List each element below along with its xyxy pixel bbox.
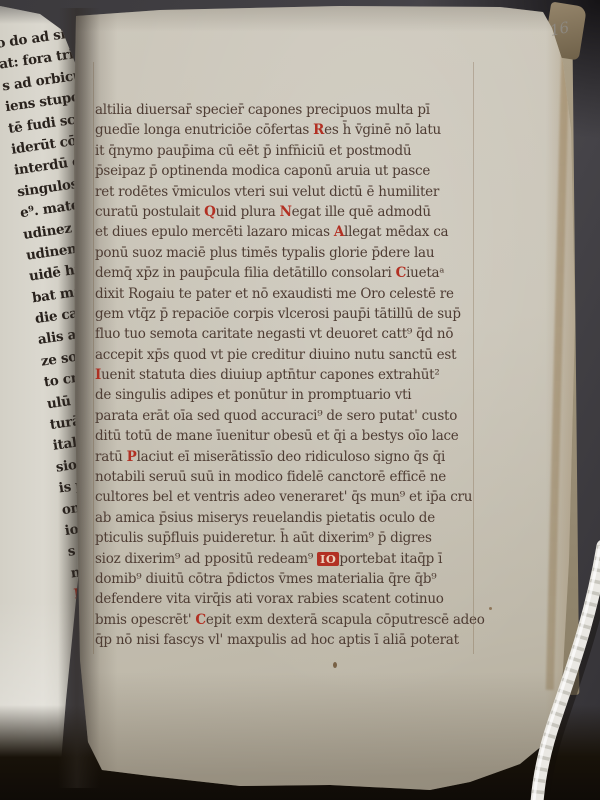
- body-text: llegat mēdax ca: [344, 224, 448, 240]
- body-text: domib⁹ diuitū cōtra p̄dictos v̄mes mater…: [95, 571, 436, 587]
- manuscript-line: ponū suoz maciē plus timēs typalis glori…: [95, 243, 491, 263]
- manuscript-line: fluo tuo semota caritate negasti vt deuo…: [95, 324, 491, 344]
- manuscript-line: domib⁹ diuitū cōtra p̄dictos v̄mes mater…: [95, 569, 491, 589]
- manuscript-line: defendere vita virq̄is ati vorax rabies …: [95, 589, 491, 609]
- body-text: de singulis adipes et ponūtur in promptu…: [95, 387, 411, 403]
- body-text: curatū postulait: [95, 204, 204, 220]
- body-text: cultores bel et ventris adeo veneraret' …: [95, 489, 472, 505]
- body-text: fluo tuo semota caritate negasti vt deuo…: [95, 326, 453, 342]
- manuscript-line: notabili seruū suū in modico fidelē canc…: [95, 467, 491, 487]
- body-text: es h̄ v̄ginē nō latu: [324, 122, 441, 138]
- rubric-text: R: [313, 122, 324, 138]
- manuscript-line: accepit xp̄s quod vt pie creditur diuino…: [95, 345, 491, 365]
- body-text: dixit Rogaiu te pater et nō exaudisti me…: [95, 286, 454, 302]
- body-text: ditū totū de mane īuenitur obesū et q̄i …: [95, 428, 459, 444]
- body-text: gem vtq̄z p̄ repaciōe corpis vlcerosi pa…: [95, 306, 461, 322]
- manuscript-line: ratū Placiut eī miserātissīo deo ridicul…: [95, 447, 491, 467]
- rubric-text: C: [396, 265, 407, 281]
- manuscript-line: dixit Rogaiu te pater et nō exaudisti me…: [95, 284, 491, 304]
- body-text: guedīe longa enutriciōe cōfertas: [95, 122, 313, 138]
- manuscript-line: altilia diuersar̄ specier̄ capones preci…: [95, 100, 491, 120]
- body-text: altilia diuersar̄ specier̄ capones preci…: [95, 102, 430, 118]
- manuscript-line: guedīe longa enutriciōe cōfertas Res h̄ …: [95, 120, 491, 140]
- rubric-text: IO: [317, 552, 339, 566]
- deckle-edge: [546, 18, 570, 690]
- rubric-text: N: [280, 204, 292, 220]
- main-page: altilia diuersar̄ specier̄ capones preci…: [60, 0, 582, 800]
- body-text: defendere vita virq̄is ati vorax rabies …: [95, 591, 444, 607]
- body-text: demq̄ xp̄z in paup̄cula filia detātillo …: [95, 265, 396, 281]
- rubric-text: C: [195, 612, 206, 628]
- stain-speck: [489, 607, 492, 610]
- stain-speck: [333, 662, 337, 668]
- manuscript-line: pticulis sup̄fluis puideretur. h̄ aūt di…: [95, 528, 491, 548]
- manuscript-line: Iuenit statuta dies diuiup aptn̄tur capo…: [95, 365, 491, 385]
- body-text: parata erāt oīa sed quod accuraci⁹ de se…: [95, 408, 457, 424]
- gutter-shadow: [58, 8, 100, 788]
- manuscript-line: de singulis adipes et ponūtur in promptu…: [95, 385, 491, 405]
- body-text: q̄p nō nisi fascys vl' maxpulis ad hoc a…: [95, 632, 459, 648]
- body-text: ret rodētes v̄miculos vteri sui velut di…: [95, 184, 439, 200]
- body-text: it q̄nymo paup̄ima cū eēt p̄ infn̄iciū e…: [95, 143, 411, 159]
- manuscript-line: et diues epulo mercēti lazaro micas Alle…: [95, 222, 491, 242]
- body-text: ponū suoz maciē plus timēs typalis glori…: [95, 245, 434, 261]
- manuscript-line: ditū totū de mane īuenitur obesū et q̄i …: [95, 426, 491, 446]
- body-text: uid plura: [216, 204, 280, 220]
- manuscript-line: p̄seipaz p̄ optinenda modica caponū arui…: [95, 161, 491, 181]
- manuscript-line: demq̄ xp̄z in paup̄cula filia detātillo …: [95, 263, 491, 283]
- manuscript-line: gem vtq̄z p̄ repaciōe corpis vlcerosi pa…: [95, 304, 491, 324]
- body-text: ab amica p̄sius miserys reuelandis pieta…: [95, 510, 435, 526]
- body-text: bmis opescrēt': [95, 612, 195, 628]
- rubric-text: A: [334, 224, 344, 240]
- body-text: portebat itaq̄p ī: [339, 551, 442, 567]
- body-text: uenit statuta dies diuiup aptn̄tur capon…: [101, 367, 439, 383]
- rubric-text: Q: [204, 204, 216, 220]
- manuscript-line: bmis opescrēt' Cepit exm dexterā scapula…: [95, 610, 491, 630]
- manuscript-line: curatū postulait Quid plura Negat ille q…: [95, 202, 491, 222]
- manuscript-line: it q̄nymo paup̄ima cū eēt p̄ infn̄iciū e…: [95, 141, 491, 161]
- manuscript-line: cultores bel et ventris adeo veneraret' …: [95, 487, 491, 507]
- body-text: notabili seruū suū in modico fidelē canc…: [95, 469, 446, 485]
- rubric-text: P: [127, 449, 137, 465]
- manuscript-line: ret rodētes v̄miculos vteri sui velut di…: [95, 182, 491, 202]
- manuscript-line: ab amica p̄sius miserys reuelandis pieta…: [95, 508, 491, 528]
- manuscript-line: q̄p nō nisi fascys vl' maxpulis ad hoc a…: [95, 630, 491, 650]
- main-page-text-block: altilia diuersar̄ specier̄ capones preci…: [95, 100, 491, 651]
- body-text: et diues epulo mercēti lazaro micas: [95, 224, 334, 240]
- manuscript-photo: o do ad sinistrat: fora triū hacs ad orb…: [0, 0, 600, 800]
- manuscript-line: parata erāt oīa sed quod accuraci⁹ de se…: [95, 406, 491, 426]
- manuscript-line: sioz dixerim⁹ ad ppositū redeam⁹ IOporte…: [95, 549, 491, 569]
- body-text: egat ille quē admodū: [292, 204, 431, 220]
- body-text: laciut eī miserātissīo deo ridiculoso si…: [137, 449, 446, 465]
- body-text: accepit xp̄s quod vt pie creditur diuino…: [95, 347, 456, 363]
- body-text: epit exm dexterā scapula cōputrescē adeo: [206, 612, 485, 628]
- body-text: p̄seipaz p̄ optinenda modica caponū arui…: [95, 163, 430, 179]
- body-text: sioz dixerim⁹ ad ppositū redeam⁹: [95, 551, 317, 567]
- body-text: pticulis sup̄fluis puideretur. h̄ aūt di…: [95, 530, 432, 546]
- body-text: iuetaᵃ: [406, 265, 444, 281]
